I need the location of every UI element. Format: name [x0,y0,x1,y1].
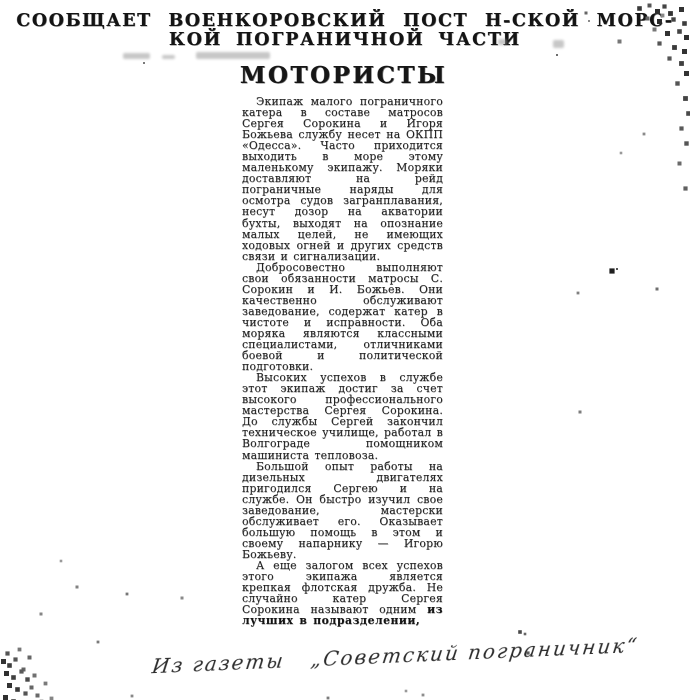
masthead: СООБЩАЕТ ВОЕНКОРОВСКИЙ ПОСТ Н-СКОЙ МОРС-… [0,11,690,50]
article-paragraph: Экипаж малого пограничного катера в сост… [242,96,443,262]
article-paragraph-closing: А еще залогом всех успехов этого экипажа… [242,560,443,626]
scan-smudge [553,40,564,48]
scanned-page: СООБЩАЕТ ВОЕНКОРОВСКИЙ ПОСТ Н-СКОЙ МОРС-… [0,0,690,700]
handwriting-prefix: Из газеты [151,648,287,678]
article-paragraph: Большой опыт работы на дизельных двигате… [242,461,443,560]
scan-noise-top-right [628,2,631,5]
handwriting-quoted-title: „Советский пограничник“ [309,633,640,671]
handwritten-source-note: Из газеты „Советский пограничник“ [152,636,573,678]
masthead-line-1: СООБЩАЕТ ВОЕНКОРОВСКИЙ ПОСТ Н-СКОЙ МОРС- [0,11,690,31]
scan-noise-bottom-left [0,612,3,615]
scan-noise-scatter [0,0,2,2]
article-paragraph: Добросовестно выполняют свои обязанности… [242,262,443,372]
scan-smudge [162,55,175,59]
scan-smudge [123,53,150,59]
closing-text: А еще залогом всех успехов этого экипажа… [242,559,443,616]
article-column: Экипаж малого пограничного катера в сост… [242,96,443,626]
article-paragraph: Высоких успехов в службе этот экипаж дос… [242,372,443,460]
masthead-line-2: КОЙ ПОГРАНИЧНОЙ ЧАСТИ [0,30,690,50]
scan-smudge [498,39,507,45]
article-title: МОТОРИСТЫ [240,62,445,89]
scan-smudge [196,52,270,59]
